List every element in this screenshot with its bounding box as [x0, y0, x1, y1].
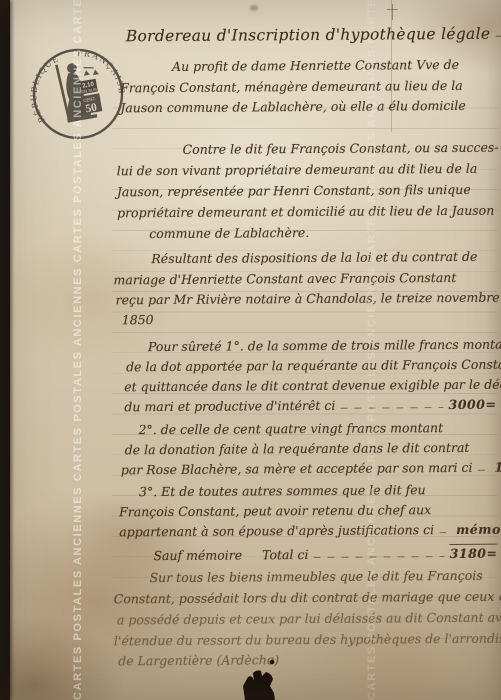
text-line: de la dot apportée par la requérante au … [126, 357, 501, 375]
text-line: et quittancée dans le dit contrat devenu… [124, 377, 501, 395]
text-line: lui de son vivant propriétaire demeurant… [117, 161, 478, 179]
amount-total-3180: 3180= [450, 544, 498, 561]
document-title: Bordereau d'Inscription d'hypothèque lég… [126, 24, 501, 45]
ink-blot [240, 655, 285, 700]
total-line: Sauf mémoire Total ci 3180= [153, 544, 497, 563]
amount-memoire: mémoire [456, 521, 501, 536]
stamp-surcharge-label: EN SUS [81, 87, 97, 95]
stamp-arc-text-left: RÉPUBLIQUE [22, 52, 70, 125]
handwritten-text-block: Bordereau d'Inscription d'hypothèque lég… [110, 19, 501, 682]
text-line: Pour sûreté 1°. de la somme de trois mil… [148, 337, 501, 355]
dash-leader [313, 556, 444, 558]
amount-180: 180= [494, 459, 501, 474]
contract-year: 1850 [122, 312, 154, 327]
text-line: de la donation faite à la requérante dan… [125, 440, 470, 457]
dash-leader [477, 470, 489, 471]
text-line-faded: a possédé depuis et ceux par lui délaiss… [117, 609, 501, 627]
text-line-faded: l'étendue du ressort du bureau des hypot… [114, 630, 501, 648]
text-line: mariage d'Henriette Constant avec Franço… [113, 270, 456, 287]
text-line: François Constant, ménagère demeurant au… [120, 78, 463, 95]
text-line: Sur tous les biens immeubles que le dit … [150, 568, 483, 585]
pencil-cross-mark [386, 4, 398, 20]
scanned-document-page: RÉPUBLIQUE FRANÇAISE 2,10 EN SUS CENT. 5… [0, 0, 501, 700]
scan-edge [0, 0, 10, 700]
dash-leader [439, 532, 451, 533]
text-line: reçu par Mr Rivière notaire à Chandolas,… [116, 290, 500, 308]
text-line: du mari et productive d'intérêt ci [124, 398, 335, 414]
text-line: 3°. Et de toutes autres sommes que le di… [139, 482, 426, 499]
amount-line-donation: par Rose Blachère, sa mère et acceptée p… [121, 460, 499, 478]
text-line: Jauson commune de Lablachère, où elle a … [120, 98, 466, 115]
text-line: Contre le dit feu François Constant, ou … [183, 140, 499, 157]
text-line: Au profit de dame Henriette Constant Vve… [172, 57, 459, 74]
total-label: Total ci [262, 547, 308, 562]
amount-3000: 3000= [449, 397, 497, 412]
text-line: par Rose Blachère, sa mère et acceptée p… [121, 460, 473, 477]
text-line: appartenant à son épouse d'après justifi… [119, 522, 434, 539]
text-line: Résultant des dispositions de la loi et … [151, 249, 477, 266]
sauf-memoire-label: Sauf mémoire [153, 547, 242, 563]
dash-leader [340, 407, 443, 409]
text-line: Jauson, représentée par Henri Constant, … [117, 182, 471, 199]
amount-line-dot: du mari et productive d'intérêt ci 3000= [124, 397, 496, 415]
text-line: commune de Lablachère. [149, 225, 309, 241]
text-line: propriétaire demeurant et domicilié au d… [117, 203, 494, 221]
text-line: Constant, possédait lors du dit contrat … [114, 588, 501, 606]
ink-smudge [250, 5, 258, 11]
text-line: 2°. de celle de cent quatre vingt francs… [138, 420, 443, 437]
stamp-face-value: 50 [85, 101, 99, 115]
amount-line-memoire: appartenant à son épouse d'après justifi… [119, 522, 501, 540]
text-line: François Constant, peut avoir retenu du … [119, 502, 431, 519]
